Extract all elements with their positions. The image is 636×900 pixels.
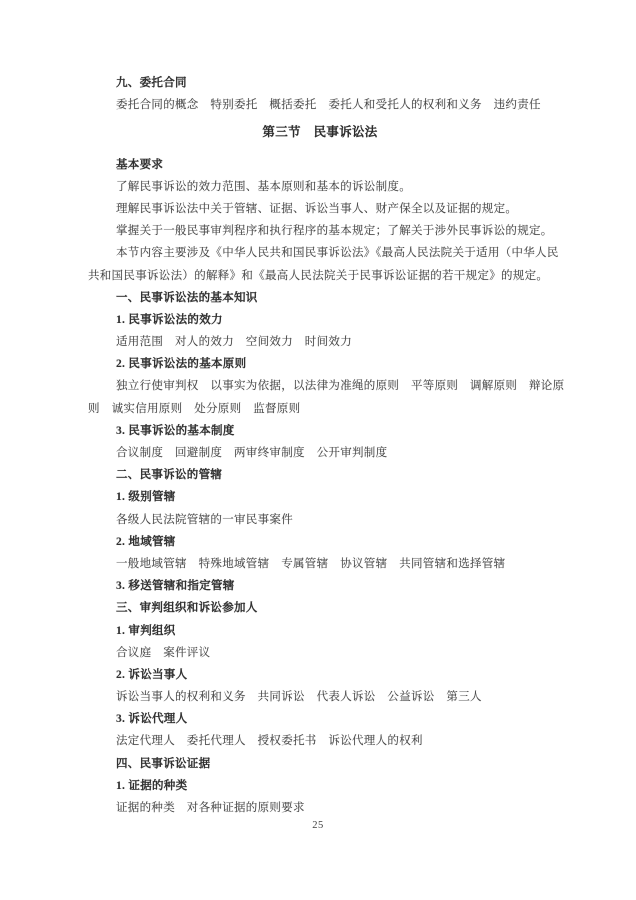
heading-line: 3. 民事诉讼的基本制度 (88, 420, 552, 442)
heading-line: 九、委托合同 (88, 72, 552, 94)
heading-line: 基本要求 (88, 154, 552, 176)
body-line: 理解民事诉讼法中关于管辖、证据、诉讼当事人、财产保全以及证据的规定。 (88, 198, 552, 220)
body-line: 一般地域管辖 特殊地域管辖 专属管辖 协议管辖 共同管辖和选择管辖 (88, 553, 552, 575)
body-line: 则 诚实信用原则 处分原则 监督原则 (88, 398, 552, 420)
body-line: 了解民事诉讼的效力范围、基本原则和基本的诉讼制度。 (88, 176, 552, 198)
heading-line: 一、民事诉讼法的基本知识 (88, 287, 552, 309)
body-line: 共和国民事诉讼法）的解释》和《最高人民法院关于民事诉讼证据的若干规定》的规定。 (88, 265, 552, 287)
heading-line: 四、民事诉讼证据 (88, 753, 552, 775)
page-number: 25 (0, 820, 636, 831)
heading-line: 2. 诉讼当事人 (88, 664, 552, 686)
body-line: 证据的种类 对各种证据的原则要求 (88, 797, 552, 819)
body-line: 诉讼当事人的权利和义务 共同诉讼 代表人诉讼 公益诉讼 第三人 (88, 686, 552, 708)
heading-line: 1. 级别管辖 (88, 486, 552, 508)
page-content: 九、委托合同委托合同的概念 特别委托 概括委托 委托人和受托人的权利和义务 违约… (88, 72, 552, 819)
body-line: 适用范围 对人的效力 空间效力 时间效力 (88, 331, 552, 353)
heading-line: 2. 民事诉讼法的基本原则 (88, 353, 552, 375)
body-line: 合议制度 回避制度 两审终审制度 公开审判制度 (88, 442, 552, 464)
document-page: 九、委托合同委托合同的概念 特别委托 概括委托 委托人和受托人的权利和义务 违约… (0, 0, 636, 900)
heading-line: 三、审判组织和诉讼参加人 (88, 597, 552, 619)
body-line: 委托合同的概念 特别委托 概括委托 委托人和受托人的权利和义务 违约责任 (88, 94, 552, 116)
heading-line: 1. 审判组织 (88, 620, 552, 642)
heading-line: 1. 民事诉讼法的效力 (88, 309, 552, 331)
body-line: 合议庭 案件评议 (88, 642, 552, 664)
heading-line: 2. 地域管辖 (88, 531, 552, 553)
body-line: 掌握关于一般民事审判程序和执行程序的基本规定；了解关于涉外民事诉讼的规定。 (88, 220, 552, 242)
heading-line: 二、民事诉讼的管辖 (88, 464, 552, 486)
body-line: 法定代理人 委托代理人 授权委托书 诉讼代理人的权利 (88, 730, 552, 752)
heading-line: 1. 证据的种类 (88, 775, 552, 797)
section-title: 第三节 民事诉讼法 (88, 121, 552, 143)
heading-line: 3. 移送管辖和指定管辖 (88, 575, 552, 597)
heading-line: 3. 诉讼代理人 (88, 708, 552, 730)
body-line: 独立行使审判权 以事实为依据，以法律为准绳的原则 平等原则 调解原则 辩论原 (88, 375, 552, 397)
body-line: 本节内容主要涉及《中华人民共和国民事诉讼法》《最高人民法院关于适用（中华人民 (88, 242, 552, 264)
body-line: 各级人民法院管辖的一审民事案件 (88, 509, 552, 531)
